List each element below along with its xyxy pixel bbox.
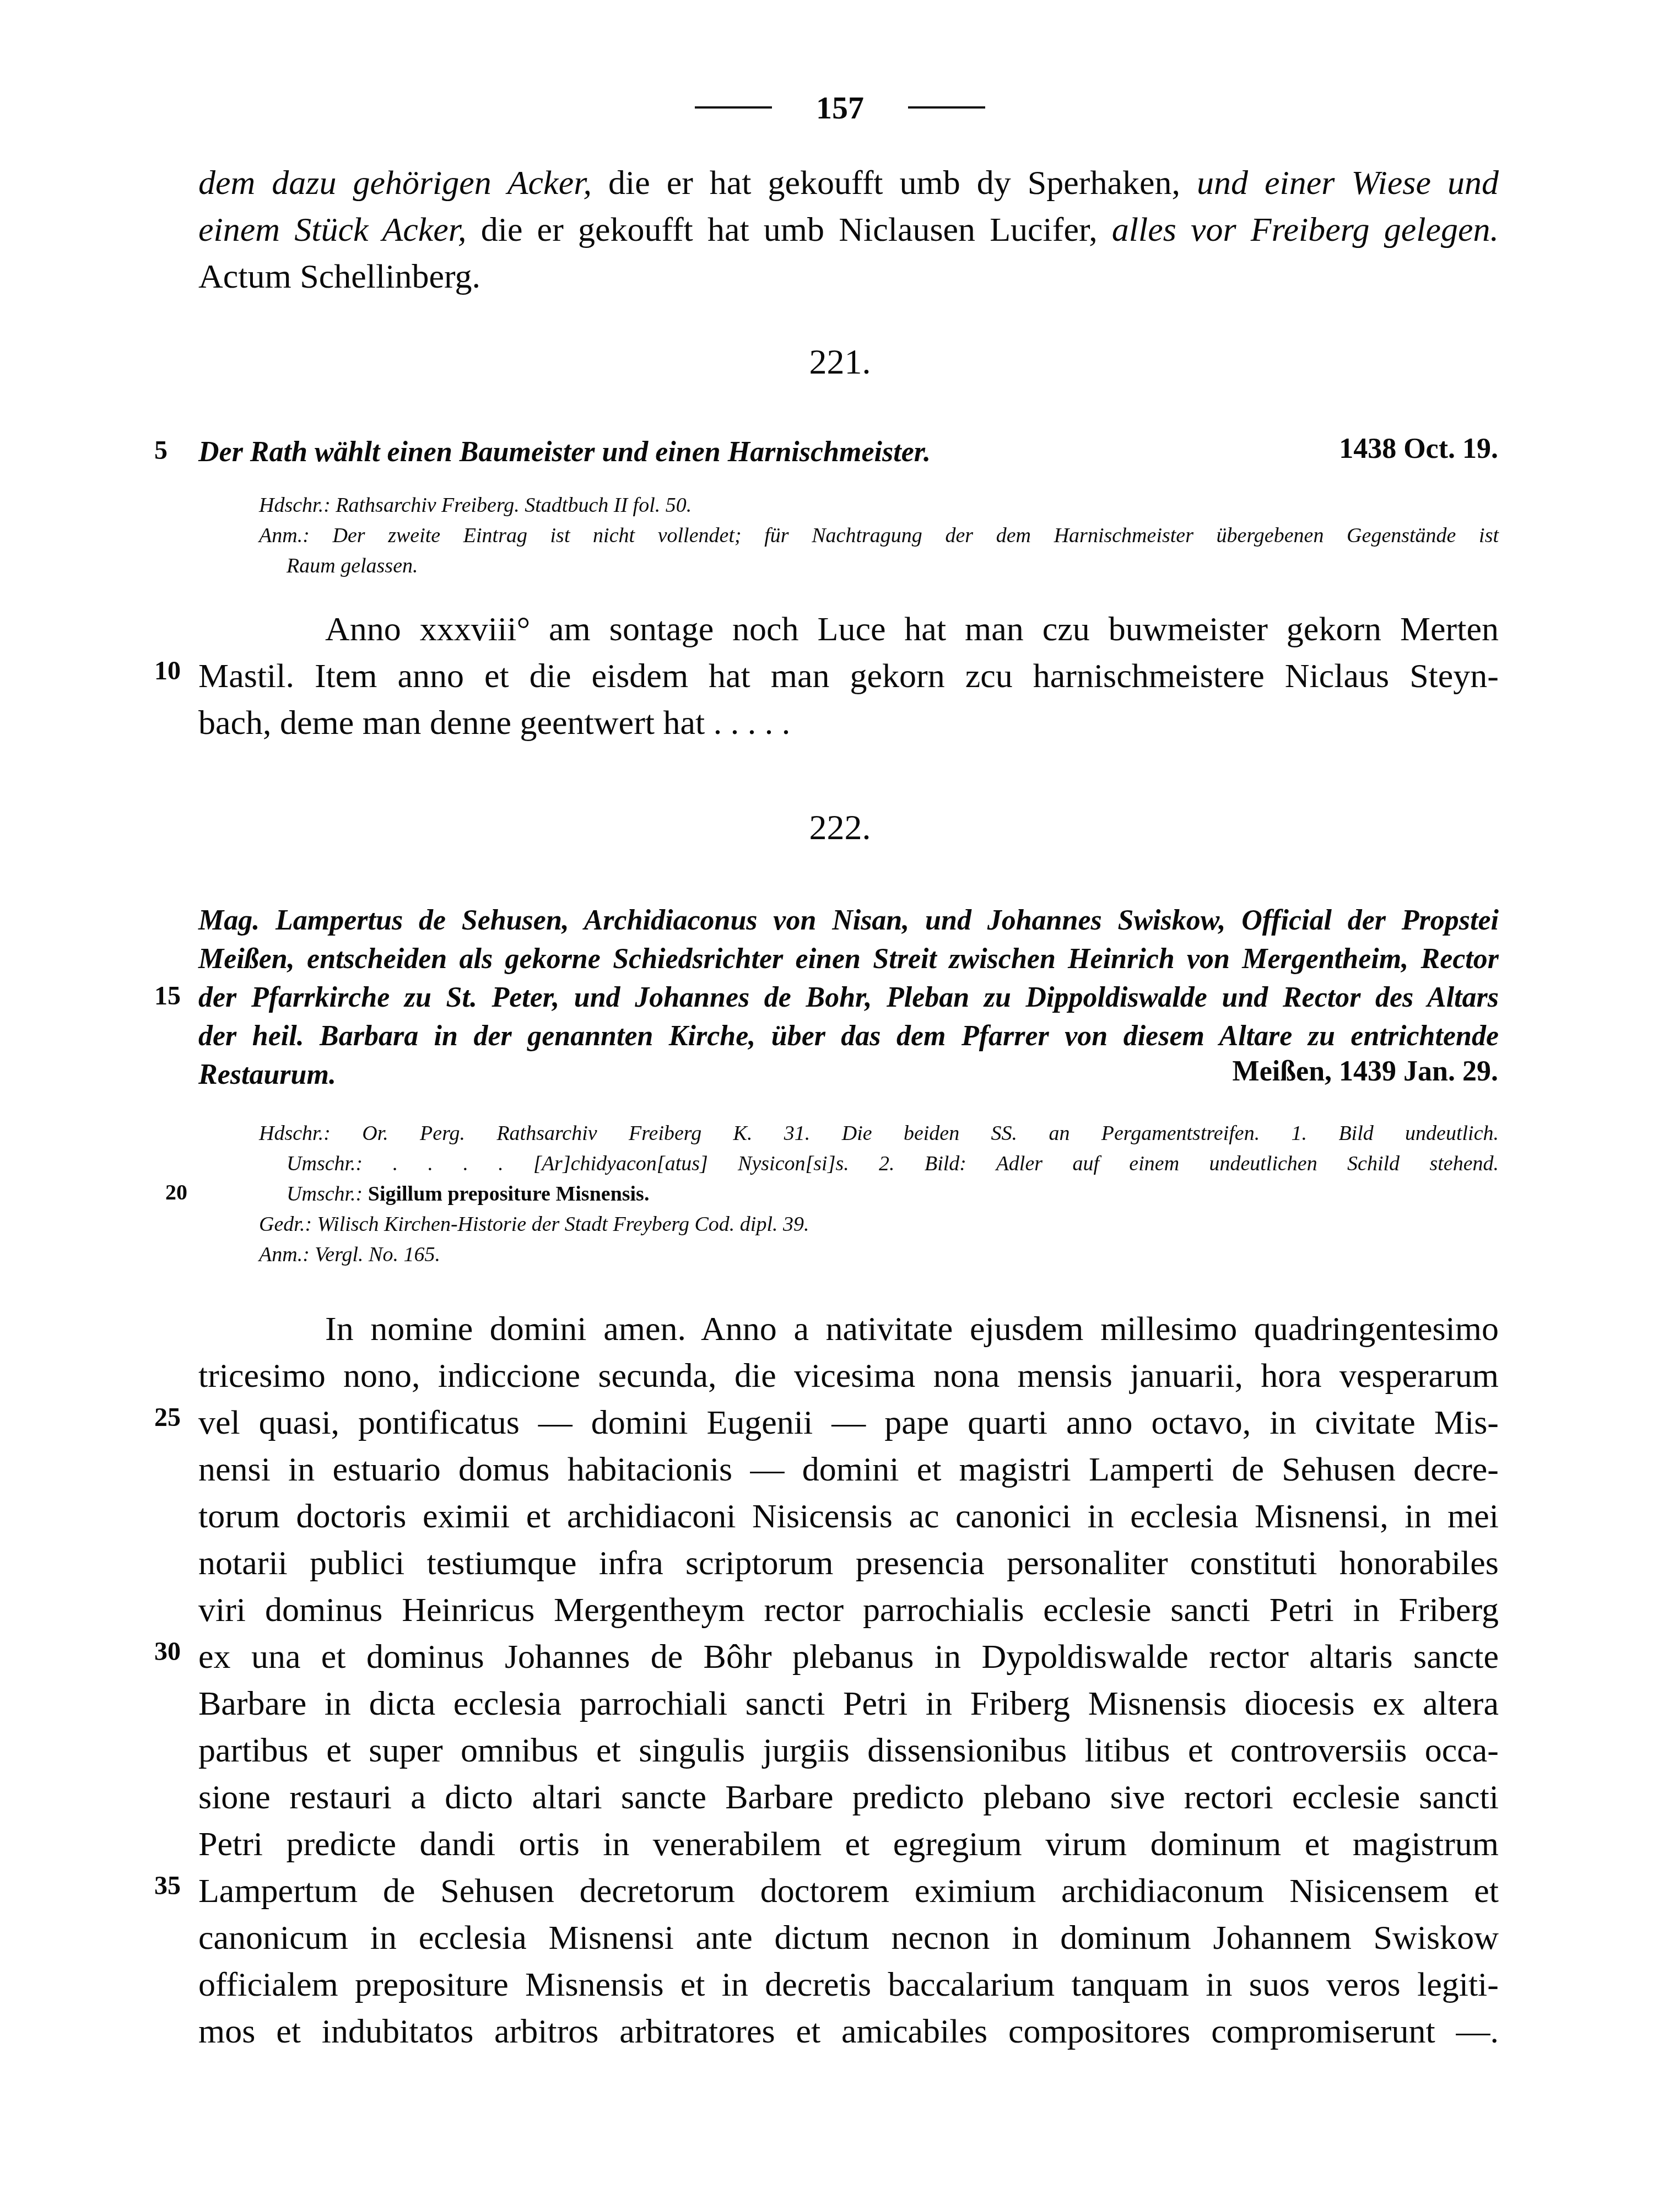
note-anm: Anm.: Der zweite Eintrag ist nicht volle… <box>259 521 1499 551</box>
page-header: 157 <box>0 88 1680 127</box>
line-number: 35 <box>154 1871 181 1901</box>
body-line: dem dazu gehörigen Acker, die er hat gek… <box>198 160 1499 207</box>
body-line: Barbare in dicta ecclesia parrochiali sa… <box>198 1681 1499 1727</box>
regest-line: der heil. Barbara in der genannten Kirch… <box>198 1017 1499 1056</box>
body-line: canonicum in ecclesia Misnensi ante dict… <box>198 1915 1499 1962</box>
regest-line: Restaurum. <box>198 1055 639 1095</box>
note-umschr-1: Umschr.: . . . . [Ar]chidyacon[atus] Nys… <box>287 1149 1499 1179</box>
body-line: bach, deme man denne geentwert hat . . .… <box>198 700 1499 747</box>
document-date: 1438 Oct. 19. <box>1339 433 1498 465</box>
document-number: 222. <box>0 807 1680 848</box>
line-number: 20 <box>165 1179 187 1205</box>
note-hdschr: Hdschr.: Or. Perg. Rathsarchiv Freiberg … <box>259 1118 1499 1149</box>
body-line: Petri predicte dandi ortis in venerabile… <box>198 1821 1499 1868</box>
body-line: officialem prepositure Misnensis et in d… <box>198 1962 1499 2008</box>
page-number: 157 <box>816 89 864 126</box>
line-number: 5 <box>154 435 168 466</box>
body-line: Anno xxxviii° am sontage noch Luce hat m… <box>198 606 1499 653</box>
body-line: torum doctoris eximii et archidiaconi Ni… <box>198 1493 1499 1540</box>
body-line: tricesimo nono, indiccione secunda, die … <box>198 1353 1499 1400</box>
body-line: Actum Schellinberg. <box>198 253 1499 300</box>
body-line: mos et indubitatos arbitros arbitratores… <box>198 2008 1499 2055</box>
line-number: 10 <box>154 656 181 686</box>
note-hdschr: Hdschr.: Rathsarchiv Freiberg. Stadtbuch… <box>259 490 1499 521</box>
regest-line: Mag. Lampertus de Sehusen, Archidiaconus… <box>198 901 1499 941</box>
body-line: ex una et dominus Johannes de Bôhr pleba… <box>198 1634 1499 1681</box>
body-line: partibus et super omnibus et singulis ju… <box>198 1727 1499 1774</box>
regest: Der Rath wählt einen Baumeister und eine… <box>198 433 1245 472</box>
line-number: 25 <box>154 1402 181 1433</box>
regest-line: der Pfarrkirche zu St. Peter, und Johann… <box>198 978 1499 1018</box>
body-line: vel quasi, pontificatus — domini Eugenii… <box>198 1400 1499 1446</box>
body-line: sione restauri a dicto altari sancte Bar… <box>198 1774 1499 1821</box>
body-line: viri dominus Heinricus Mergentheym recto… <box>198 1587 1499 1634</box>
body-line: In nomine domini amen. Anno a nativitate… <box>198 1306 1499 1353</box>
line-number: 15 <box>154 981 181 1011</box>
note-umschr-2: Umschr.: Sigillum prepositure Misnensis. <box>287 1179 1499 1209</box>
header-rule-left <box>695 106 772 109</box>
note-anm: Anm.: Vergl. No. 165. <box>259 1240 1499 1270</box>
header-rule-right <box>908 106 985 109</box>
body-line: Mastil. Item anno et die eisdem hat man … <box>198 653 1499 700</box>
body-line: nensi in estuario domus habitacionis — d… <box>198 1446 1499 1493</box>
note-gedr: Gedr.: Wilisch Kirchen-Historie der Stad… <box>259 1209 1499 1240</box>
regest-line: Meißen, entscheiden als gekorne Schiedsr… <box>198 939 1499 979</box>
note-anm-continued: Raum gelassen. <box>287 551 1499 581</box>
body-line: einem Stück Acker, die er gekoufft hat u… <box>198 207 1499 253</box>
body-line: notarii publici testiumque infra scripto… <box>198 1540 1499 1587</box>
body-line: Lampertum de Sehusen decretorum doctorem… <box>198 1868 1499 1915</box>
document-date: Meißen, 1439 Jan. 29. <box>1233 1055 1498 1088</box>
document-number: 221. <box>0 342 1680 382</box>
line-number: 30 <box>154 1636 181 1667</box>
